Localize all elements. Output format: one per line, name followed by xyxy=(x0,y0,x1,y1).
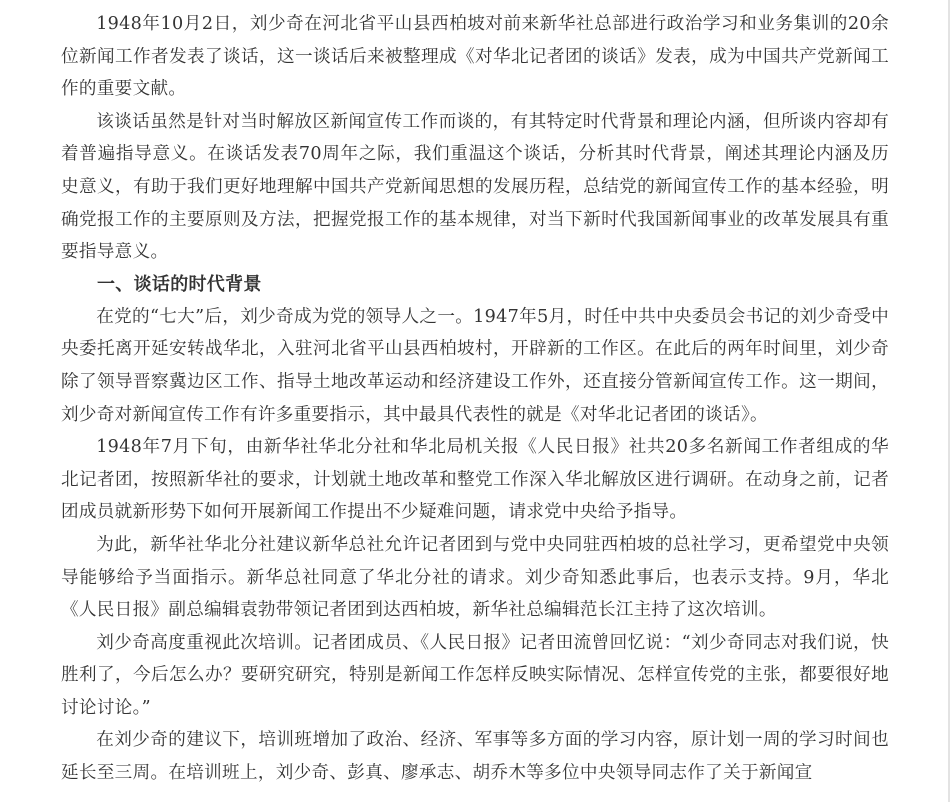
article-body: 1948年10月2日，刘少奇在河北省平山县西柏坡对前来新华社总部进行政治学习和业… xyxy=(61,8,889,790)
paragraph-background-4: 刘少奇高度重视此次培训。记者团成员、《人民日报》记者田流曾回忆说：“刘少奇同志对… xyxy=(61,627,889,725)
paragraph-background-1: 在党的“七大”后，刘少奇成为党的领导人之一。1947年5月，时任中共中央委员会书… xyxy=(61,301,889,431)
paragraph-background-3: 为此，新华社华北分社建议新华总社允许记者团到与党中央同驻西柏坡的总社学习，更希望… xyxy=(61,529,889,627)
paragraph-background-2: 1948年7月下旬，由新华社华北分社和华北局机关报《人民日报》社共20多名新闻工… xyxy=(61,431,889,529)
paragraph-intro: 1948年10月2日，刘少奇在河北省平山县西柏坡对前来新华社总部进行政治学习和业… xyxy=(61,8,889,106)
paragraph-significance: 该谈话虽然是针对当时解放区新闻宣传工作而谈的，有其特定时代背景和理论内涵，但所谈… xyxy=(61,106,889,269)
section-heading: 一、谈话的时代背景 xyxy=(61,269,889,301)
paragraph-background-5: 在刘少奇的建议下，培训班增加了政治、经济、军事等多方面的学习内容，原计划一周的学… xyxy=(61,724,889,789)
